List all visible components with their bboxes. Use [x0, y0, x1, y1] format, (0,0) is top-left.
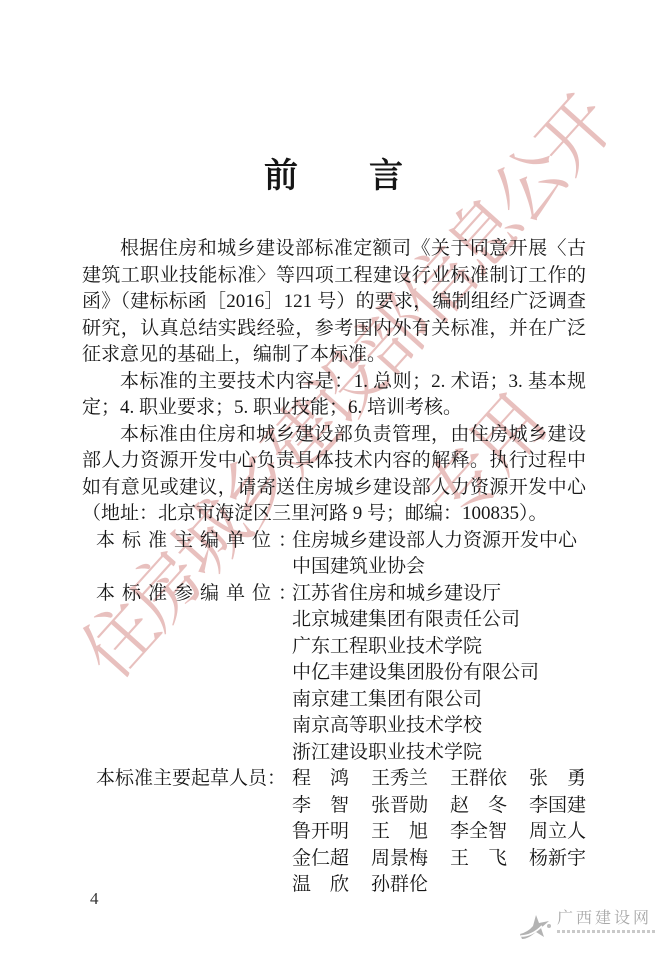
drafter-name: 金仁超	[292, 846, 371, 873]
drafter-name: 王秀兰	[371, 766, 450, 793]
participating-unit: 南京建工集团有限公司	[292, 687, 539, 714]
drafter-name: 张 勇	[529, 766, 608, 793]
drafter-name: 张晋勋	[371, 793, 450, 820]
logo-text-block: 广西建设网	[557, 910, 657, 933]
paragraph-management: 本标准由住房和城乡建设部负责管理，由住房城乡建设部人力资源开发中心负责具体技术内…	[82, 422, 586, 528]
drafter-name: 鲁开明	[292, 819, 371, 846]
drafter-name: 赵 冬	[450, 793, 529, 820]
drafters-row: 本标准主要起草人员： 程 鸿王秀兰王群依张 勇李 智张晋勋赵 冬李国建鲁开明王 …	[96, 766, 586, 899]
chief-unit: 中国建筑业协会	[292, 554, 577, 581]
participating-unit: 江苏省住房和城乡建设厅	[292, 581, 539, 608]
chief-editor-units: 住房城乡建设部人力资源开发中心中国建筑业协会	[292, 528, 577, 581]
drafter-name: 杨新宇	[529, 846, 608, 873]
drafter-name: 孙群伦	[371, 872, 450, 899]
participating-unit: 浙江建设职业技术学院	[292, 740, 539, 767]
page-number: 4	[90, 889, 99, 909]
paragraph-contents: 本标准的主要技术内容是：1. 总则；2. 术语；3. 基本规定；4. 职业要求；…	[82, 369, 586, 422]
paragraph-basis: 根据住房和城乡建设部标准定额司《关于同意开展〈古建筑工职业技能标准〉等四项工程建…	[82, 236, 586, 369]
chief-unit: 住房城乡建设部人力资源开发中心	[292, 528, 577, 555]
logo-site-name: 广西建设网	[557, 910, 657, 928]
page-title: 前 言	[82, 148, 586, 197]
drafters-names: 程 鸿王秀兰王群依张 勇李 智张晋勋赵 冬李国建鲁开明王 旭李全智周立人金仁超周…	[292, 766, 608, 899]
drafter-name: 李国建	[529, 793, 608, 820]
participating-unit: 广东工程职业技术学院	[292, 634, 539, 661]
drafter-name: 王 旭	[371, 819, 450, 846]
participating-editor-units: 江苏省住房和城乡建设厅北京城建集团有限责任公司广东工程职业技术学院中亿丰建设集团…	[292, 581, 539, 767]
participating-editor-label: 本标准参编单位：	[96, 581, 292, 767]
participating-unit: 中亿丰建设集团股份有限公司	[292, 660, 539, 687]
drafter-name: 周立人	[529, 819, 608, 846]
logo-tagline	[557, 930, 657, 933]
participating-unit: 北京城建集团有限责任公司	[292, 607, 539, 634]
drafters-label: 本标准主要起草人员：	[96, 766, 292, 899]
site-logo: 广西建设网	[518, 910, 658, 949]
star-icon	[518, 912, 554, 949]
chief-editor-row: 本标准主编单位： 住房城乡建设部人力资源开发中心中国建筑业协会	[96, 528, 586, 581]
document-page: 住房城乡建设部信息公开 专用 前 言 根据住房和城乡建设部标准定额司《关于同意开…	[0, 0, 661, 958]
preface-content: 根据住房和城乡建设部标准定额司《关于同意开展〈古建筑工职业技能标准〉等四项工程建…	[82, 236, 586, 899]
drafter-name: 王 飞	[450, 846, 529, 873]
drafter-name: 周景梅	[371, 846, 450, 873]
drafter-name: 温 欣	[292, 872, 371, 899]
chief-editor-label: 本标准主编单位：	[96, 528, 292, 581]
participating-unit: 南京高等职业技术学校	[292, 713, 539, 740]
drafter-name: 程 鸿	[292, 766, 371, 793]
participating-editor-row: 本标准参编单位： 江苏省住房和城乡建设厅北京城建集团有限责任公司广东工程职业技术…	[96, 581, 586, 767]
drafter-name: 李全智	[450, 819, 529, 846]
drafter-name: 李 智	[292, 793, 371, 820]
drafter-name: 王群依	[450, 766, 529, 793]
